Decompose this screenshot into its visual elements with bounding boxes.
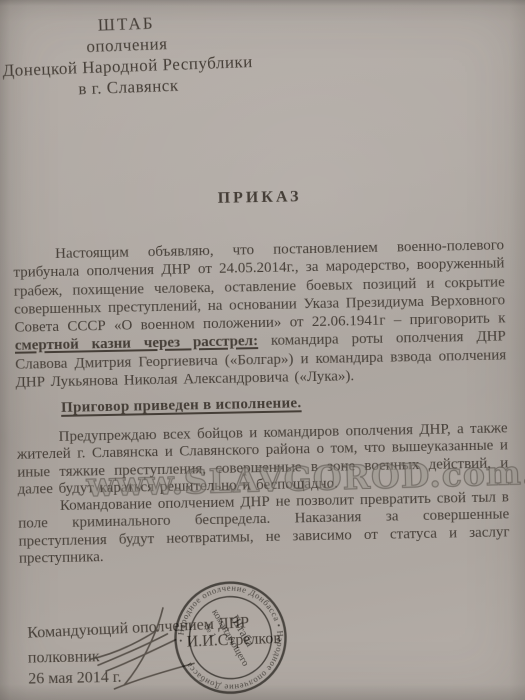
order-title: ПРИКАЗ xyxy=(0,184,522,212)
paragraph-sentence: Настоящим объявляю, что постановлением в… xyxy=(13,236,507,392)
round-stamp-icon: • Народное ополчение Донбасса • Народное… xyxy=(165,573,295,700)
stamp-inner-text: Штаба командующего № 1 xyxy=(198,600,265,675)
screenshot-root: { "photo": { "paper_color": "#a8a19b", "… xyxy=(0,0,525,700)
signature-stroke xyxy=(106,640,177,671)
document-photo: ШТАБ ополчения Донецкой Народной Республ… xyxy=(0,0,525,700)
document-page: ШТАБ ополчения Донецкой Народной Республ… xyxy=(0,0,525,700)
letterhead: ШТАБ ополчения Донецкой Народной Республ… xyxy=(0,9,260,103)
paragraph-sentence-pre: Настоящим объявляю, что постановлением в… xyxy=(13,237,505,336)
paragraph-sentence-emphasis: смертной казни через расстрел: xyxy=(15,334,258,355)
verdict-executed-line: Приговор приведен в исполнение. xyxy=(61,395,302,417)
